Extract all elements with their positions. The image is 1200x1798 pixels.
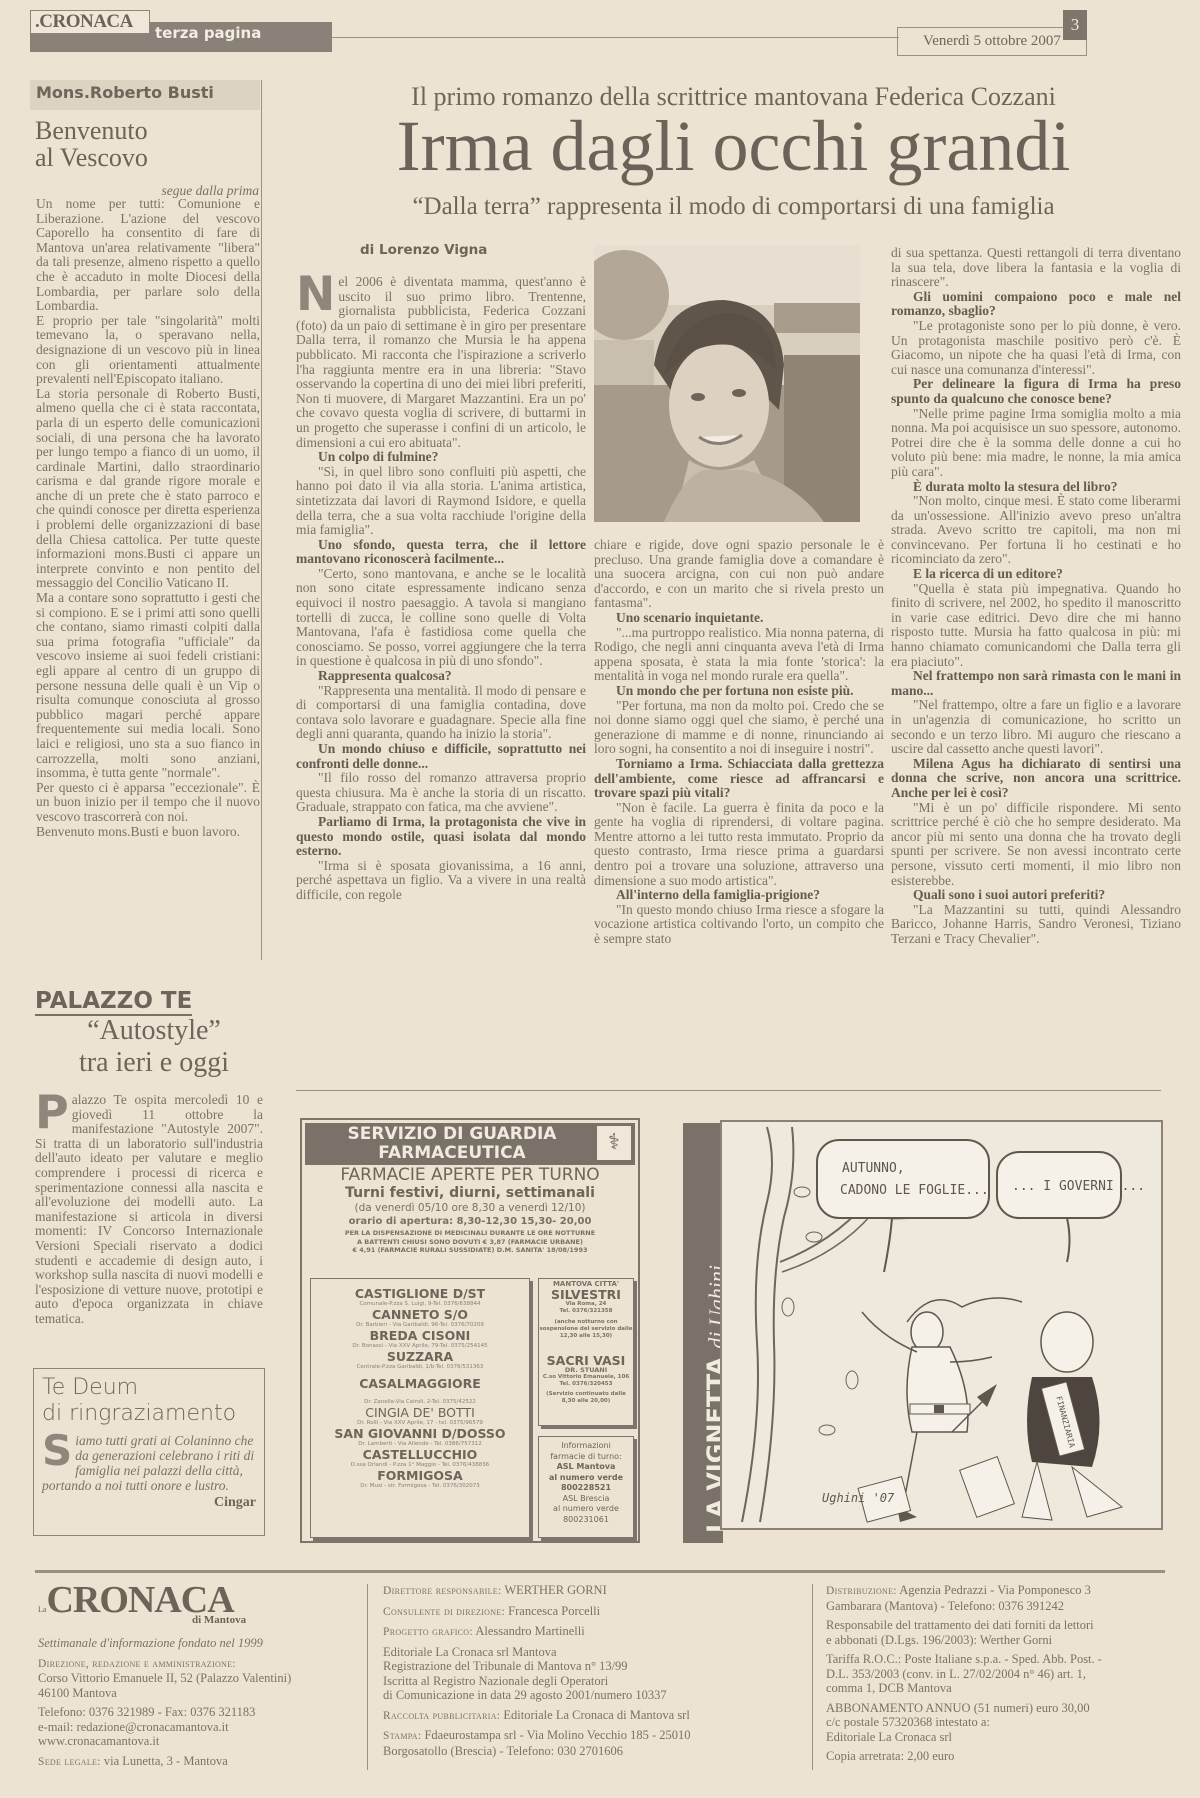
interview-question: Rappresenta qualcosa? bbox=[296, 669, 586, 684]
editorial-title: Benvenuto al Vescovo bbox=[35, 117, 148, 171]
interview-question: Uno scenario inquietante. bbox=[594, 611, 884, 626]
cartoon-illustration: AUTUNNO, CADONO LE FOGLIE... ... I GOVER… bbox=[722, 1122, 1163, 1530]
pharmacy-period: (da venerdì 05/10 ore 8,30 a venerdì 12/… bbox=[305, 1201, 635, 1215]
pharmacy-subtitle: FARMACIE APERTE PER TURNO bbox=[305, 1166, 635, 1185]
interview-question: All'interno della famiglia-prigione? bbox=[594, 888, 884, 903]
article-column-3: di sua spettanza. Questi rettangoli di t… bbox=[891, 246, 1181, 947]
author-photo bbox=[594, 245, 860, 522]
interview-answer: "Non è facile. La guerra è finita da poc… bbox=[594, 801, 884, 889]
te-deum-title: Te Deum di ringraziamento bbox=[42, 1375, 256, 1427]
footer-staff: Direttore responsabile: WERTHER GORNI Co… bbox=[383, 1583, 783, 1763]
interview-answer: "Quella è stata più impegnativa. Quando … bbox=[891, 582, 1181, 670]
palazzo-body: P alazzo Te ospita mercoledì 10 e gioved… bbox=[35, 1093, 263, 1327]
interview-question: Nel frattempo non sarà rimasta con le ma… bbox=[891, 669, 1181, 698]
article-column-2: chiare e rigide, dove ogni spazio person… bbox=[594, 538, 884, 947]
article-column-1: N el 2006 è diventata mamma, quest'anno … bbox=[296, 275, 586, 903]
article-deck: “Dalla terra” rappresenta il modo di com… bbox=[296, 193, 1171, 221]
interview-answer: "Sì, in quel libro sono confluiti più as… bbox=[296, 465, 586, 538]
pharmacy-hours: orario di apertura: 8,30-12,30 15,30- 20… bbox=[305, 1215, 635, 1229]
interview-answer: "Nel frattempo, oltre a fare un figlio e… bbox=[891, 698, 1181, 756]
interview-answer: "Rappresenta una mentalità. Il modo di p… bbox=[296, 684, 586, 742]
interview-question: Un mondo chiuso e difficile, soprattutto… bbox=[296, 742, 586, 771]
svg-text:CADONO LE FOGLIE...: CADONO LE FOGLIE... bbox=[840, 1183, 989, 1198]
vignetta-label: LA VIGNETTA di Ughini bbox=[683, 1123, 723, 1543]
interview-answer: "Per fortuna, ma non da molto poi. Credo… bbox=[594, 699, 884, 757]
caduceus-icon: ⚕ bbox=[597, 1126, 631, 1160]
interview-question: E la ricerca di un editore? bbox=[891, 567, 1181, 582]
footer-website-link[interactable]: www.cronacamantova.it bbox=[38, 1734, 159, 1748]
footer-separator bbox=[812, 1584, 813, 1770]
pharmacy-title: SERVIZIO DI GUARDIA FARMACEUTICA ⚕ bbox=[305, 1123, 635, 1165]
interview-answer: "Mi è un po' difficile rispondere. Mi se… bbox=[891, 801, 1181, 889]
palazzo-title: “Autostyle” tra ieri e oggi bbox=[35, 1015, 273, 1079]
interview-answer: "...ma purtroppo realistico. Mia nonna p… bbox=[594, 626, 884, 684]
te-deum-signature: Cingar bbox=[42, 1495, 256, 1511]
interview-question: Uno sfondo, questa terra, che il lettore… bbox=[296, 538, 586, 567]
editorial-kicker: Mons.Roberto Busti bbox=[30, 80, 260, 110]
interview-question: Milena Agus ha dichiarato di sentirsi un… bbox=[891, 757, 1181, 801]
interview-question: Parliamo di Irma, la protagonista che vi… bbox=[296, 815, 586, 859]
asl-brescia-number: 800231061 bbox=[539, 1515, 633, 1526]
pharmacy-mantova-city: MANTOVA CITTA' SILVESTRI Via Roma, 24 Te… bbox=[538, 1278, 634, 1426]
interview-answer: "Certo, sono mantovana, e anche se le lo… bbox=[296, 567, 586, 669]
pharmacy-list: CASTIGLIONE D/ST Comunale-P.zza S. Luigi… bbox=[310, 1278, 530, 1538]
cartoon-frame: AUTUNNO, CADONO LE FOGLIE... ... I GOVER… bbox=[720, 1120, 1163, 1530]
footer-rule bbox=[35, 1570, 1165, 1573]
interview-question: Per delineare la figura di Irma ha preso… bbox=[891, 377, 1181, 406]
asl-mantova-number: 800228521 bbox=[539, 1483, 633, 1494]
pharmacy-info-box: Informazioni farmacie di turno: ASL Mant… bbox=[538, 1436, 634, 1538]
interview-question: Quali sono i suoi autori preferiti? bbox=[891, 888, 1181, 903]
footer-contacts: Settimanale d'informazione fondato nel 1… bbox=[38, 1636, 358, 1774]
interview-answer: "Nelle prime pagine Irma somiglia molto … bbox=[891, 407, 1181, 480]
svg-text:... I GOVERNI ...: ... I GOVERNI ... bbox=[1012, 1179, 1145, 1194]
section-label: terza pagina bbox=[155, 24, 261, 42]
interview-question: Torniamo a Irma. Schiacciata dalla grett… bbox=[594, 757, 884, 801]
masthead-text: .CRONACA bbox=[31, 11, 133, 32]
interview-question: È durata molto la stesura del libro? bbox=[891, 480, 1181, 495]
header-rule bbox=[332, 37, 899, 38]
section-divider bbox=[296, 1090, 1161, 1091]
svg-text:AUTUNNO,: AUTUNNO, bbox=[842, 1161, 905, 1176]
footer-tagline: Settimanale d'informazione fondato nel 1… bbox=[38, 1636, 358, 1651]
interview-answer: "Non molto, cinque mesi. È stato come li… bbox=[891, 494, 1181, 567]
page-number: 3 bbox=[1063, 10, 1087, 40]
te-deum-body: S iamo tutti grati ai Colaninno che da g… bbox=[42, 1433, 256, 1493]
interview-question: Un colpo di fulmine? bbox=[296, 450, 586, 465]
footer-logo-sub: di Mantova bbox=[192, 1614, 246, 1626]
interview-answer: "Irma si è sposata giovanissima, a 16 an… bbox=[296, 859, 586, 903]
dropcap-p: P bbox=[35, 1093, 69, 1132]
pharmacy-note: PER LA DISPENSAZIONE DI MEDICINALI DURAN… bbox=[305, 1229, 635, 1255]
dropcap-s: S bbox=[42, 1433, 72, 1469]
interview-answer: "La Mazzantini su tutti, quindi Alessand… bbox=[891, 903, 1181, 947]
footer-distribution: Distribuzione: Agenzia Pedrazzi - Via Po… bbox=[826, 1583, 1166, 1769]
portrait-image bbox=[594, 245, 860, 522]
dropcap-n: N bbox=[296, 275, 335, 315]
palazzo-kicker: PALAZZO TE bbox=[35, 988, 192, 1016]
interview-answer: "Le protagoniste sono per lo più donne, … bbox=[891, 319, 1181, 377]
pharmacy-ad: SERVIZIO DI GUARDIA FARMACEUTICA ⚕ FARMA… bbox=[300, 1118, 640, 1543]
pharmacy-turns: Turni festivi, diurni, settimanali bbox=[305, 1185, 635, 1201]
editorial-body: Un nome per tutti: Comunione e Liberazio… bbox=[36, 197, 260, 839]
interview-question: Gli uomini compaiono poco e male nel rom… bbox=[891, 290, 1181, 319]
svg-text:Ughini '07: Ughini '07 bbox=[822, 1491, 895, 1505]
interview-answer: "Il filo rosso del romanzo attraversa pr… bbox=[296, 771, 586, 815]
issue-date: Venerdì 5 ottobre 2007 bbox=[897, 27, 1087, 56]
article-byline: di Lorenzo Vigna bbox=[360, 242, 487, 258]
interview-answer: "In questo mondo chiuso Irma riesce a sf… bbox=[594, 903, 884, 947]
te-deum-box: Te Deum di ringraziamento S iamo tutti g… bbox=[33, 1368, 265, 1536]
article-headline: Irma dagli occhi grandi bbox=[296, 104, 1171, 188]
interview-question: Un mondo che per fortuna non esiste più. bbox=[594, 684, 884, 699]
masthead-logo: .CRONACA bbox=[30, 10, 150, 34]
footer-email-link[interactable]: e-mail: redazione@cronacamantova.it bbox=[38, 1720, 229, 1734]
footer-separator bbox=[367, 1584, 368, 1770]
